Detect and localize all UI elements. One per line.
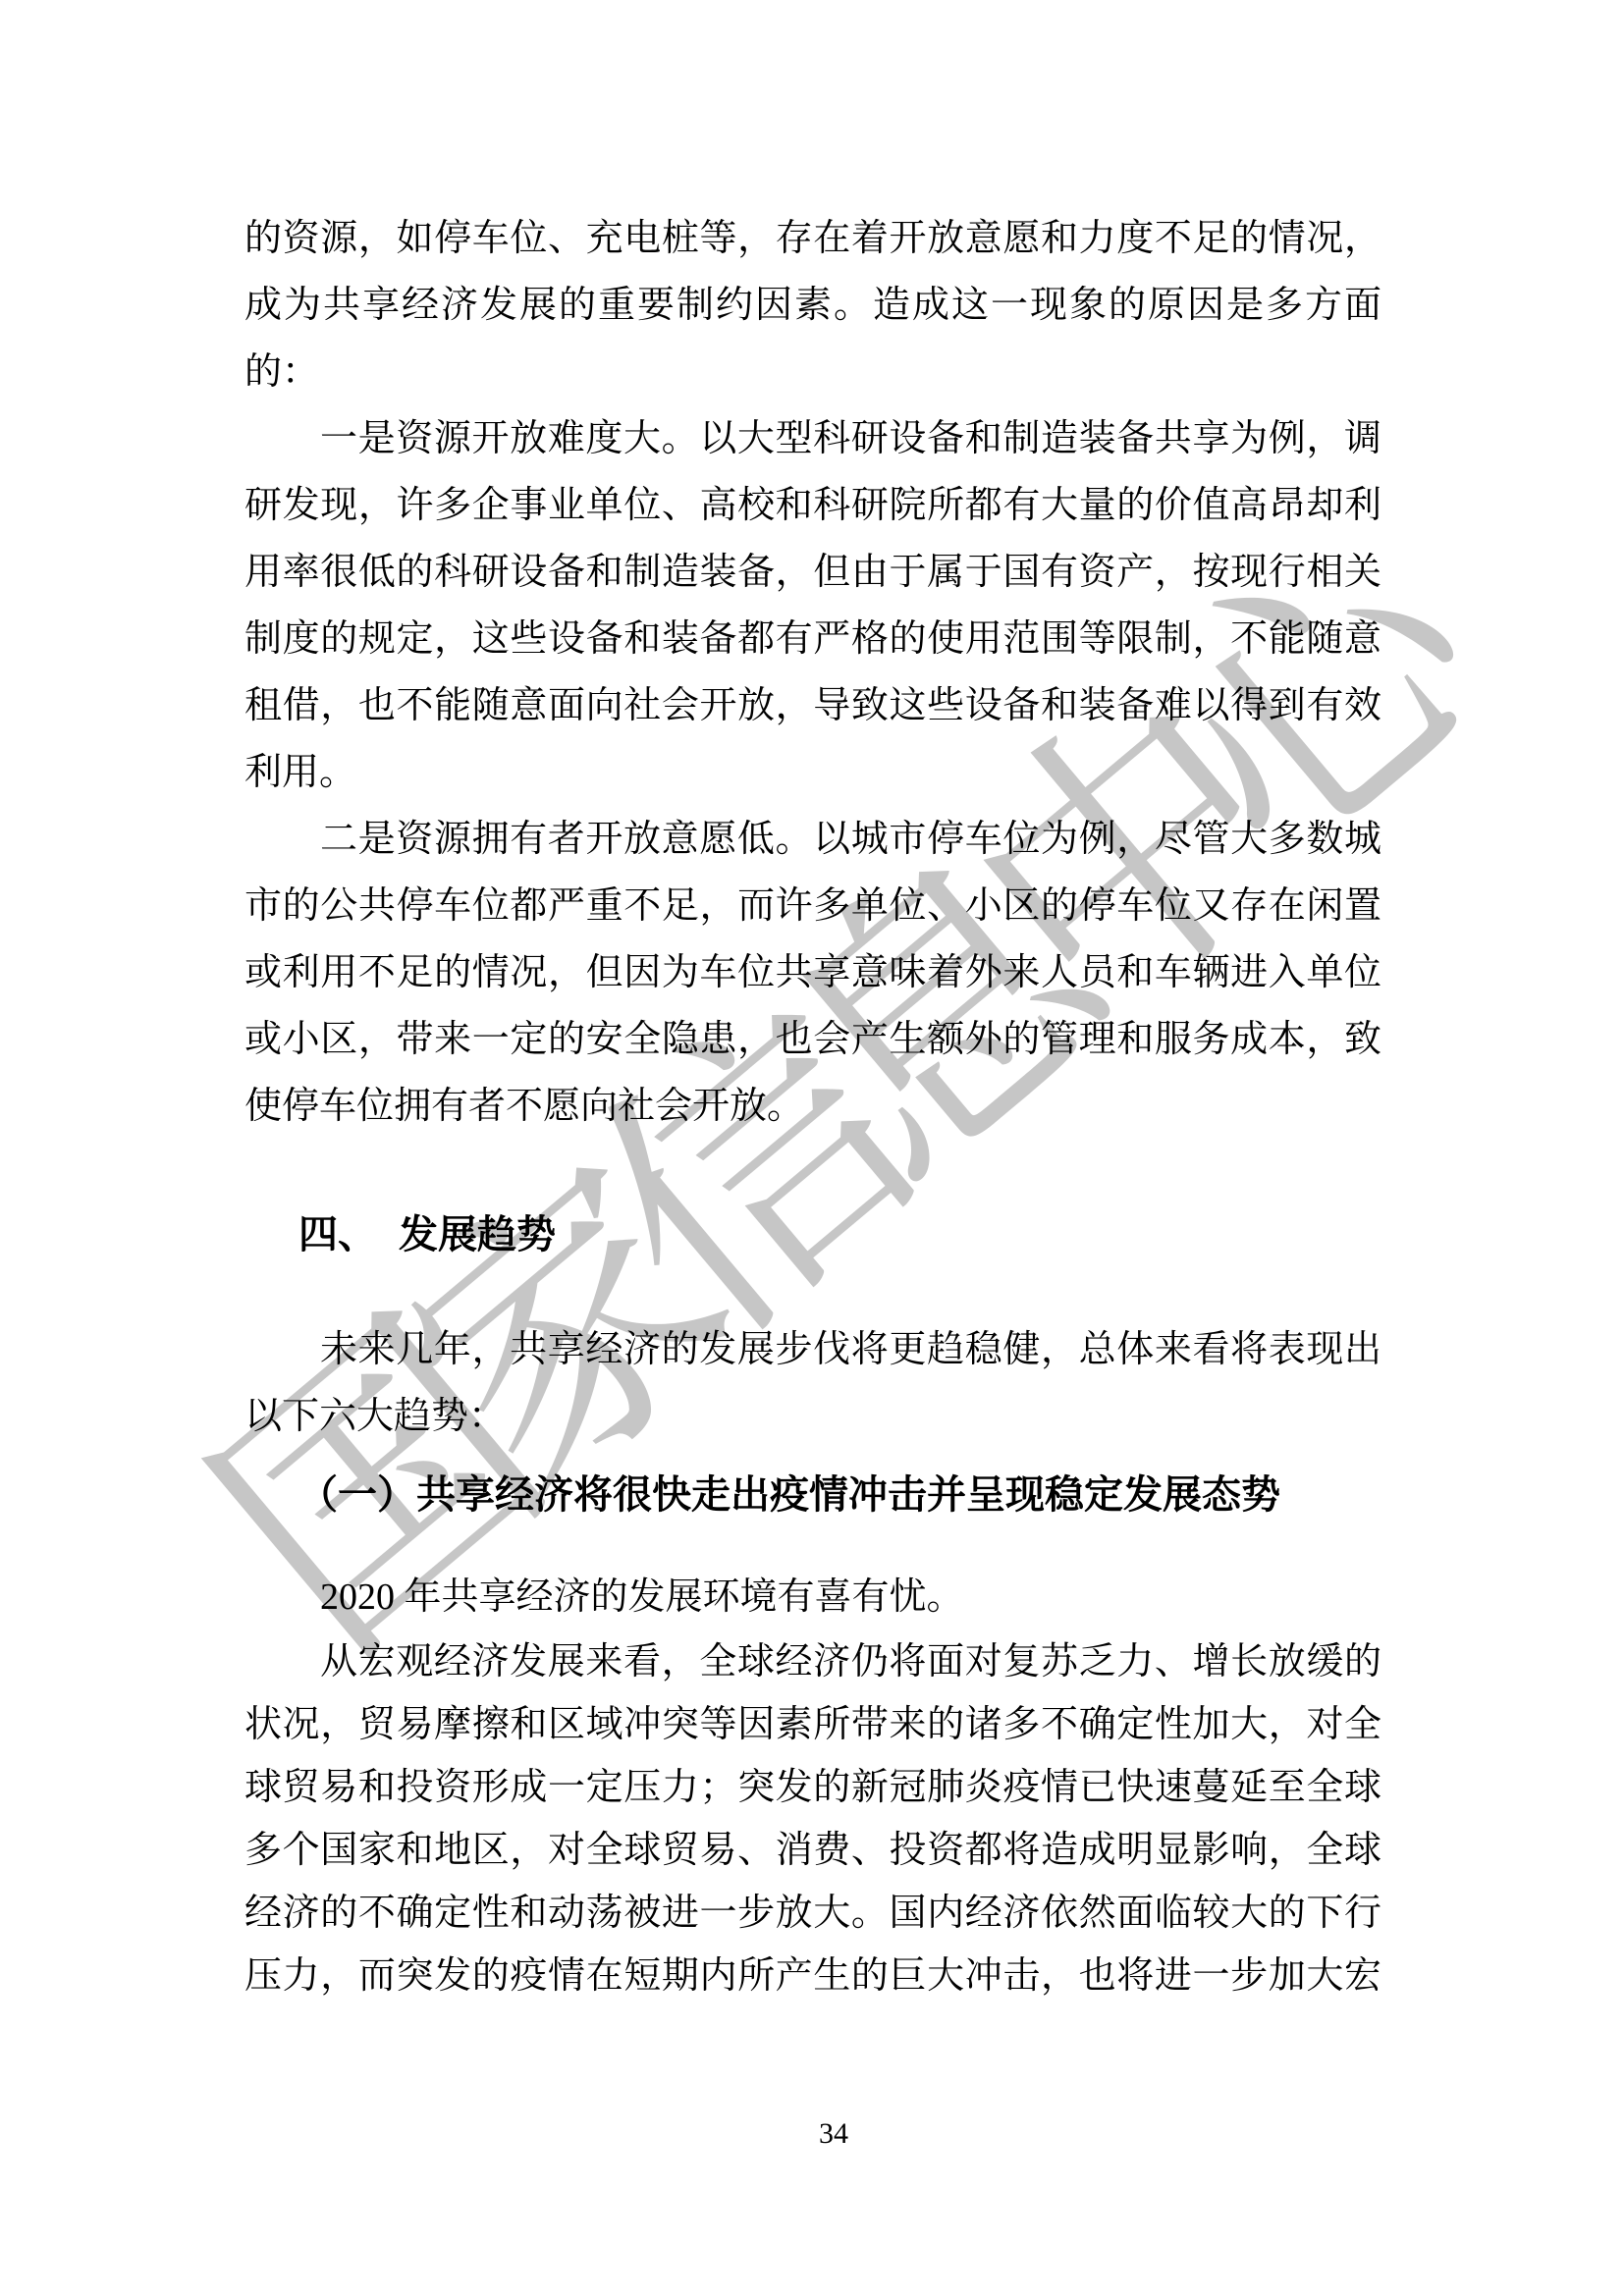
text-line: 研发现，许多企事业单位、高校和科研院所都有大量的价值高昂却利	[244, 472, 1381, 539]
text-line: 制度的规定，这些设备和装备都有严格的使用范围等限制，不能随意	[244, 606, 1381, 672]
page-number: 34	[0, 2116, 1624, 2152]
text-line: 或小区，带来一定的安全隐患，也会产生额外的管理和服务成本，致	[244, 1006, 1381, 1073]
text-line: 使停车位拥有者不愿向社会开放。	[244, 1073, 1381, 1140]
text-line: 压力，而突发的疫情在短期内所产生的巨大冲击，也将进一步加大宏	[244, 1945, 1381, 2007]
text-line: 用率很低的科研设备和制造装备，但由于属于国有资产，按现行相关	[244, 539, 1381, 606]
text-line: 或利用不足的情况，但因为车位共享意味着外来人员和车辆进入单位	[244, 939, 1381, 1006]
paragraph: 从宏观经济发展来看，全球经济仍将面对复苏乏力、增长放缓的状况，贸易摩擦和区域冲突…	[244, 1630, 1381, 2007]
text-line: 租借，也不能随意面向社会开放，导致这些设备和装备难以得到有效	[244, 672, 1381, 739]
paragraph: 的资源，如停车位、充电桩等，存在着开放意愿和力度不足的情况，成为共享经济发展的重…	[244, 205, 1381, 405]
document-body: 的资源，如停车位、充电桩等，存在着开放意愿和力度不足的情况，成为共享经济发展的重…	[244, 205, 1381, 2007]
text-line: 以下六大趋势：	[244, 1383, 1381, 1450]
text-line: 利用。	[244, 739, 1381, 806]
text-line: 未来几年，共享经济的发展步伐将更趋稳健，总体来看将表现出	[244, 1316, 1381, 1383]
text-line: 从宏观经济发展来看，全球经济仍将面对复苏乏力、增长放缓的	[244, 1630, 1381, 1693]
text-line: 市的公共停车位都严重不足，而许多单位、小区的停车位又存在闲置	[244, 873, 1381, 939]
text-line: 二是资源拥有者开放意愿低。以城市停车位为例，尽管大多数城	[244, 806, 1381, 873]
text-line: 成为共享经济发展的重要制约因素。造成这一现象的原因是多方面	[244, 272, 1381, 339]
heading-number: 四、	[298, 1212, 377, 1256]
heading-text: 发展趋势	[399, 1212, 556, 1256]
paragraph: 二是资源拥有者开放意愿低。以城市停车位为例，尽管大多数城市的公共停车位都严重不足…	[244, 806, 1381, 1140]
paragraph: 未来几年，共享经济的发展步伐将更趋稳健，总体来看将表现出以下六大趋势：	[244, 1316, 1381, 1450]
page-number-value: 34	[819, 2116, 848, 2152]
heading-text: （一）共享经济将很快走出疫情冲击并呈现稳定发展态势	[298, 1472, 1280, 1517]
text-line: 球贸易和投资形成一定压力；突发的新冠肺炎疫情已快速蔓延至全球	[244, 1756, 1381, 1819]
text-line: 2020 年共享经济的发展环境有喜有忧。	[244, 1564, 1381, 1630]
text-line: 多个国家和地区，对全球贸易、消费、投资都将造成明显影响，全球	[244, 1819, 1381, 1882]
text-line: 的：	[244, 339, 1381, 405]
paragraph: 2020 年共享经济的发展环境有喜有忧。	[244, 1564, 1381, 1630]
section-heading: 四、发展趋势	[298, 1201, 1381, 1268]
paragraph: 一是资源开放难度大。以大型科研设备和制造装备共享为例，调研发现，许多企事业单位、…	[244, 405, 1381, 806]
section-heading: （一）共享经济将很快走出疫情冲击并呈现稳定发展态势	[298, 1462, 1381, 1528]
text-line: 一是资源开放难度大。以大型科研设备和制造装备共享为例，调	[244, 405, 1381, 472]
text-line: 状况，贸易摩擦和区域冲突等因素所带来的诸多不确定性加大，对全	[244, 1693, 1381, 1756]
text-line: 的资源，如停车位、充电桩等，存在着开放意愿和力度不足的情况，	[244, 205, 1381, 272]
document-page: 国家信息中心 的资源，如停车位、充电桩等，存在着开放意愿和力度不足的情况，成为共…	[0, 0, 1624, 2296]
text-line: 经济的不确定性和动荡被进一步放大。国内经济依然面临较大的下行	[244, 1882, 1381, 1945]
